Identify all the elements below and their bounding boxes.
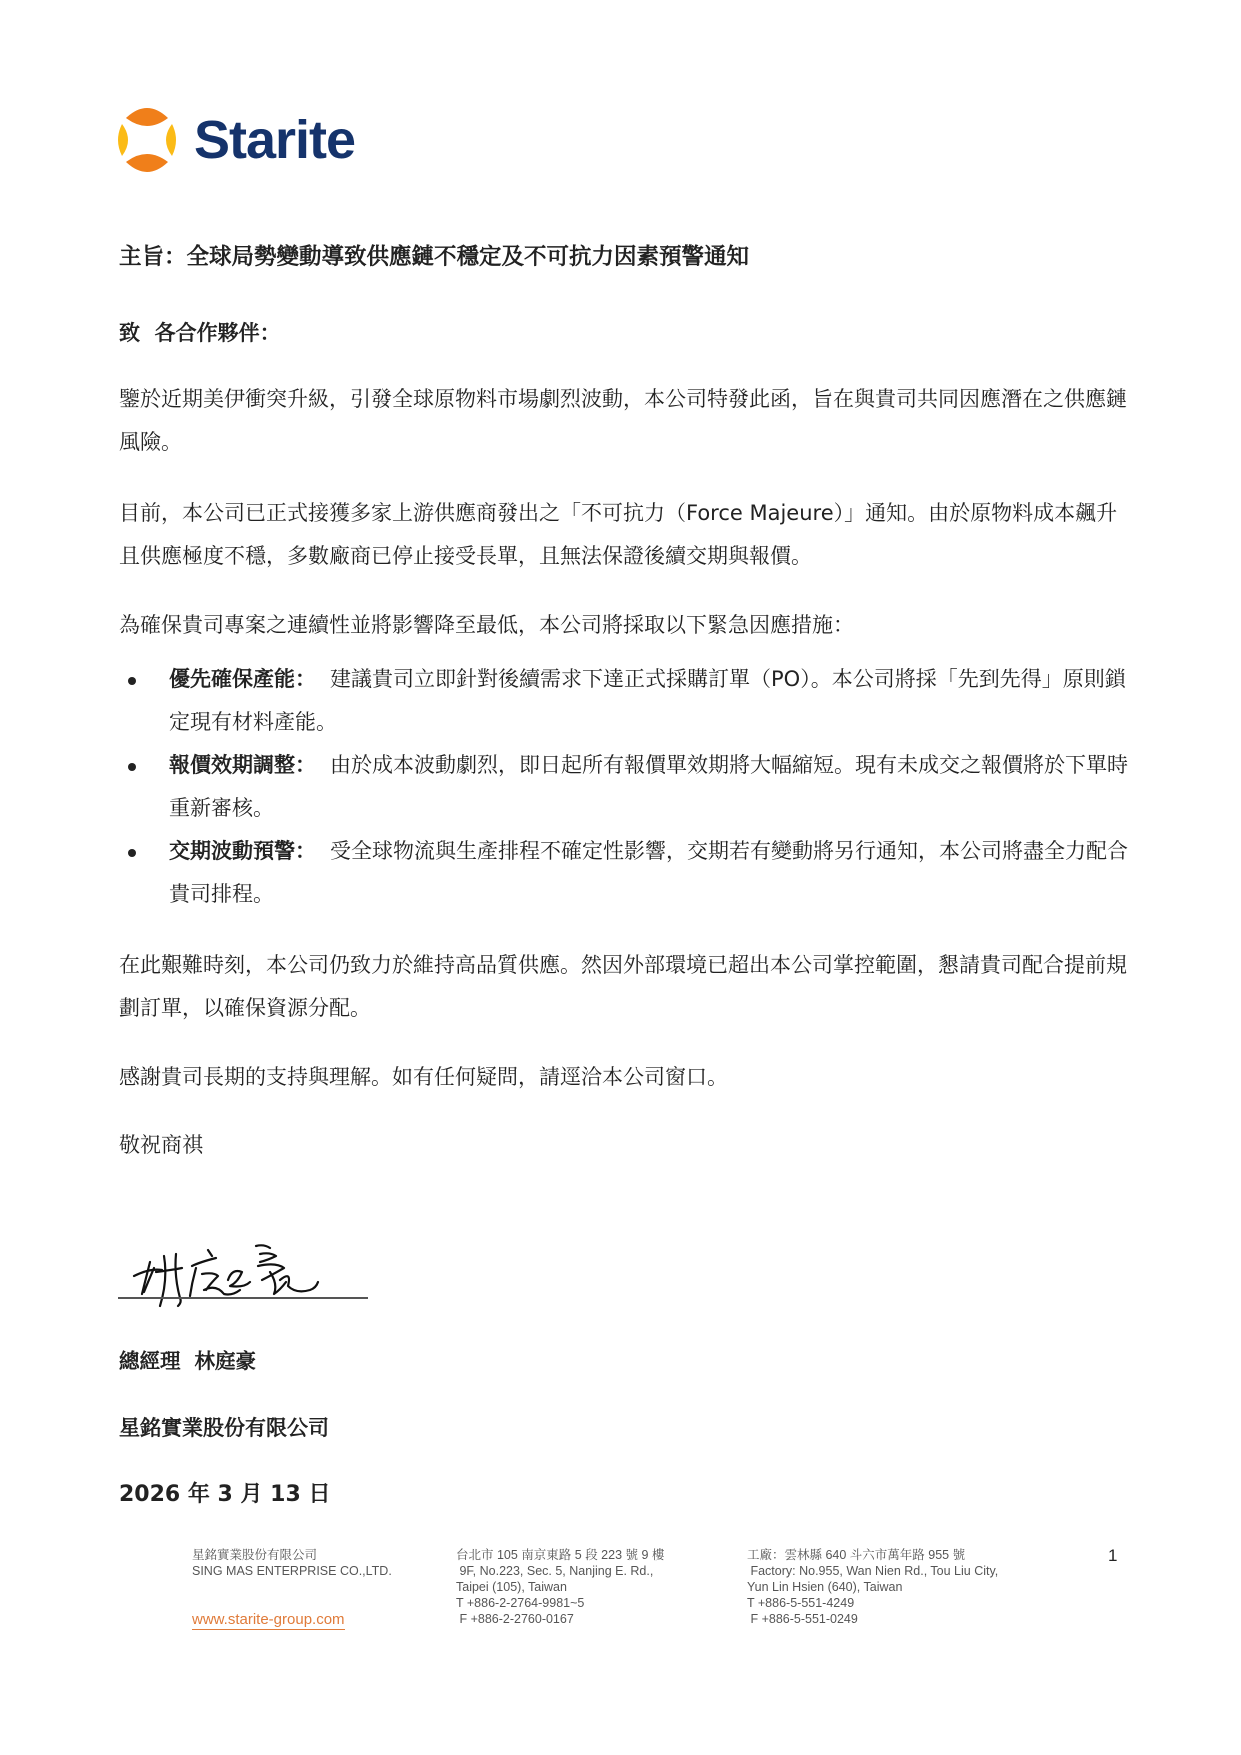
hq-address-en-1: 9F, No.223, Sec. 5, Nanjing E. Rd., [456,1563,664,1579]
measures-list: 優先確保產能：建議貴司立即針對後續需求下達正式採購訂單（PO）。本公司將採「先到… [119,658,1129,916]
company-name: 星銘實業股份有限公司 [119,1413,329,1443]
signature-line [118,1297,368,1299]
page-number: 1 [1108,1546,1117,1566]
paragraph-measures-intro: 為確保貴司專案之連續性並將影響降至最低，本公司將採取以下緊急因應措施： [119,604,1129,647]
factory-tel: T +886-5-551-4249 [747,1595,998,1611]
factory-address-en-1: Factory: No.955, Wan Nien Rd., Tou Liu C… [747,1563,998,1579]
bullet-icon [128,763,136,771]
footer-company-zh: 星銘實業股份有限公司 [192,1547,392,1563]
measure-title: 報價效期調整： [169,753,316,777]
website-link[interactable]: www.starite-group.com [192,1612,345,1630]
paragraph-force-majeure: 目前，本公司已正式接獲多家上游供應商發出之「不可抗力（Force Majeure… [119,492,1129,578]
bullet-icon [128,849,136,857]
letter-date: 2026 年 3 月 13 日 [119,1480,330,1510]
letter-subject: 主旨：全球局勢變動導致供應鏈不穩定及不可抗力因素預警通知 [119,242,1129,272]
hq-address-zh: 台北市 105 南京東路 5 段 223 號 9 樓 [456,1547,664,1563]
letter-page: Starite 主旨：全球局勢變動導致供應鏈不穩定及不可抗力因素預警通知 致 各… [0,0,1241,1755]
paragraph-request: 在此艱難時刻，本公司仍致力於維持高品質供應。然因外部環境已超出本公司掌控範圍，懇… [119,944,1129,1030]
hq-tel: T +886-2-2764-9981~5 [456,1595,664,1611]
brand-name: Starite [194,113,355,167]
measure-title: 交期波動預警： [169,839,316,863]
factory-fax: F +886-5-551-0249 [747,1611,998,1627]
hq-address-en-2: Taipei (105), Taiwan [456,1579,664,1595]
factory-address-en-2: Yun Lin Hsien (640), Taiwan [747,1579,998,1595]
footer-company-en: SING MAS ENTERPRISE CO.,LTD. [192,1563,392,1579]
factory-address-zh: 工廠：雲林縣 640 斗六市萬年路 955 號 [747,1547,998,1563]
starite-logo: Starite [118,104,355,176]
footer-company: 星銘實業股份有限公司 SING MAS ENTERPRISE CO.,LTD. … [192,1547,392,1579]
measure-title: 優先確保產能： [169,667,316,691]
letter-salutation: 致 各合作夥伴： [119,318,1129,348]
footer-hq-address: 台北市 105 南京東路 5 段 223 號 9 樓 9F, No.223, S… [456,1547,664,1627]
signer: 總經理林庭豪 [119,1346,256,1376]
measure-item: 報價效期調整：由於成本波動劇烈，即日起所有報價單效期將大幅縮短。現有未成交之報價… [119,744,1129,830]
measure-item: 交期波動預警：受全球物流與生產排程不確定性影響，交期若有變動將另行通知，本公司將… [119,830,1129,916]
signer-name: 林庭豪 [195,1349,257,1373]
footer-factory-address: 工廠：雲林縣 640 斗六市萬年路 955 號 Factory: No.955,… [747,1547,998,1627]
starite-logo-mark-icon [118,104,176,176]
valediction: 敬祝商祺 [119,1124,1129,1167]
measure-item: 優先確保產能：建議貴司立即針對後續需求下達正式採購訂單（PO）。本公司將採「先到… [119,658,1129,744]
hq-fax: F +886-2-2760-0167 [456,1611,664,1627]
paragraph-intro: 鑒於近期美伊衝突升級，引發全球原物料市場劇烈波動，本公司特發此函，旨在與貴司共同… [119,378,1129,464]
handwritten-signature-icon [120,1210,370,1320]
paragraph-thanks: 感謝貴司長期的支持與理解。如有任何疑問，請逕洽本公司窗口。 [119,1056,1129,1099]
signer-title: 總經理 [119,1349,181,1373]
bullet-icon [128,677,136,685]
